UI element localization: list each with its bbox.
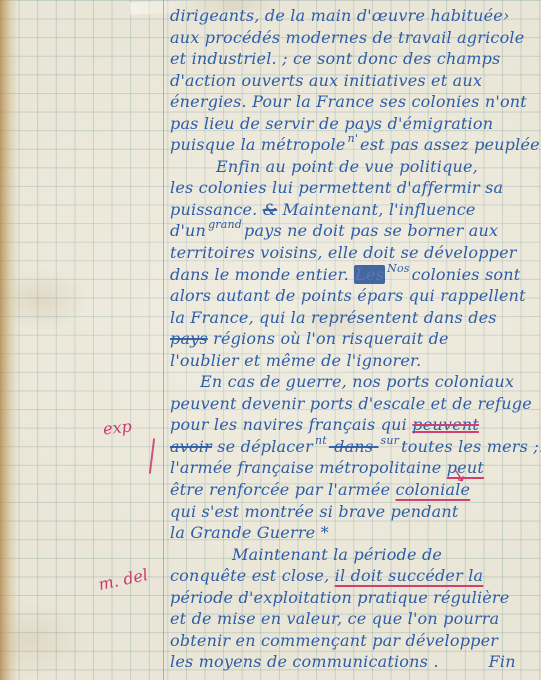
text-segment: les moyens de communications . [170,652,439,671]
text-segment: sur [381,436,400,446]
text-segment: d'action ouverts aux initiatives et aux [170,71,482,90]
text-segment: est pas assez peuplée [360,135,540,154]
text-line: l'armée française métropolitaine peut [170,457,541,479]
text-line: d'ungrandpays ne doit pas se borner aux [170,220,541,242]
text-segment: Les [354,265,385,284]
text-segment: être renforcée par l'armée [170,480,396,499]
text-line: avoir se déplacernt dans surtoutes les m… [170,436,541,458]
text-segment: période d'exploitation pratique régulièr… [170,588,509,607]
text-line: pour les navires français qui peuvent [170,414,541,436]
text-line: période d'exploitation pratique régulièr… [170,587,541,609]
text-line: et de mise en valeur, ce que l'on pourra [170,608,541,630]
text-segment: territoires voisins, elle doit se dévelo… [170,243,517,262]
text-line: puisque la métropolen'est pas assez peup… [170,134,541,156]
text-segment: Enfin au point de vue politique, [216,157,478,176]
text-segment: obtenir en commençant par développer [170,631,498,650]
margin-rule-line [163,0,164,680]
text-line: dans le monde entier. LesNoscolonies son… [170,264,541,286]
text-line: peuvent devenir ports d'escale et de ref… [170,393,541,415]
text-segment: puissance. [170,200,263,219]
aged-page-edge [0,0,18,680]
text-segment: & [263,200,277,219]
text-segment: la France, qui la représentent dans des [170,308,497,327]
text-segment: puisque la métropole [170,135,346,154]
text-segment: dirigeants, de la main d'œuvre habituée [170,6,503,25]
text-segment: se déplacer [212,437,313,456]
text-line: la France, qui la représentent dans des [170,307,541,329]
text-segment: nt [315,436,327,446]
text-segment: peuvent devenir ports d'escale et de ref… [170,394,532,413]
text-segment: Fin [489,652,516,671]
text-line: pays régions où l'on risquerait de [170,328,541,350]
text-segment: Nos [387,264,410,274]
margin-note: m. del [97,565,150,594]
text-line: énergies. Pour la France ses colonies n'… [170,91,541,113]
text-segment: › [503,6,510,25]
text-segment: l'oublier et même de l'ignorer. [170,351,421,370]
text-segment: et de mise en valeur, ce que l'on pourra [170,609,499,628]
text-line: l'oublier et même de l'ignorer. [170,350,541,372]
text-segment: dans [329,437,379,456]
notebook-page: dirigeants, de la main d'œuvre habituée›… [0,0,541,680]
text-segment: grand [208,220,242,230]
text-segment: et industriel. ; ce sont donc des champs [170,49,500,68]
text-line: les colonies lui permettent d'affermir s… [170,177,541,199]
text-line: dirigeants, de la main d'œuvre habituée› [170,5,541,27]
text-segment: énergies. Pour la France ses colonies n'… [170,92,527,111]
text-segment: la Grande Guerre * [170,523,329,542]
text-line: conquête est close, il doit succéder la [170,565,541,587]
text-segment: alors autant de points épars qui rappell… [170,286,526,305]
text-segment: peuvent [412,415,479,434]
text-line: qui s'est montrée si brave pendant [170,501,541,523]
text-segment: pas lieu de servir de pays d'émigration [170,114,493,133]
text-segment: qui s'est montrée si brave pendant [170,502,459,521]
text-segment: l'armée française métropolitaine [170,458,447,477]
manuscript-lines: dirigeants, de la main d'œuvre habituée›… [170,5,541,673]
red-correction-stroke [149,438,155,474]
text-segment: conquête est close, [170,566,335,585]
text-line: puissance. & Maintenant, l'influence [170,199,541,221]
text-segment: les colonies lui permettent d'affermir s… [170,178,503,197]
text-segment: dans le monde entier. [170,265,354,284]
margin-note: exp [102,417,133,439]
text-line: territoires voisins, elle doit se dévelo… [170,242,541,264]
text-line: les moyens de communications .Fin [170,651,541,673]
text-segment: n' [348,134,359,144]
text-line: alors autant de points épars qui rappell… [170,285,541,307]
text-line: En cas de guerre, nos ports coloniaux [170,371,541,393]
text-line: aux procédés modernes de travail agricol… [170,27,541,49]
text-line: et industriel. ; ce sont donc des champs [170,48,541,70]
text-segment: régions où l'on risquerait de [208,329,449,348]
text-segment: pays ne doit pas se borner aux [244,221,498,240]
text-segment: Maintenant, l'influence [277,200,475,219]
text-segment: avoir [170,437,212,456]
text-line: obtenir en commençant par développer [170,630,541,652]
text-segment: il doit succéder la [335,566,484,585]
text-line: pas lieu de servir de pays d'émigration [170,113,541,135]
text-segment: pour les navires français qui [170,415,412,434]
text-line: la Grande Guerre * [170,522,541,544]
text-segment: En cas de guerre, nos ports coloniaux [200,372,514,391]
text-line: Maintenant la période de [170,544,541,566]
text-segment: colonies sont [412,265,521,284]
text-segment: pays [170,329,208,348]
text-line: être renforcée par l'armée coloniale [170,479,541,501]
text-segment: toutes les mers ;. [401,437,541,456]
text-segment: d'un [170,221,206,240]
text-line: d'action ouverts aux initiatives et aux [170,70,541,92]
text-segment: Maintenant la période de [232,545,442,564]
text-line: Enfin au point de vue politique, [170,156,541,178]
text-segment: aux procédés modernes de travail agricol… [170,28,524,47]
